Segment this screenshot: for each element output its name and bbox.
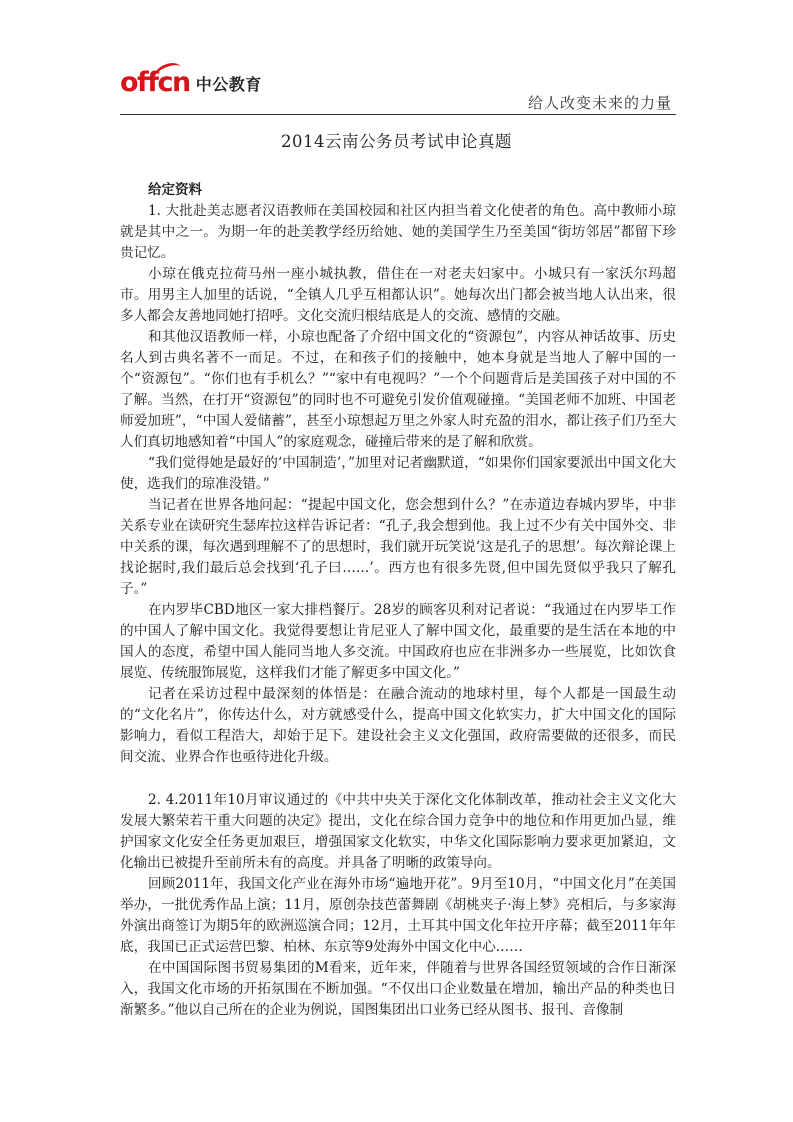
paragraph: 当记者在世界各地问起：“提起中国文化，您会想到什么？”在赤道边春城内罗毕，中非关… (120, 495, 676, 600)
paragraph: 2. 4.2011年10月审议通过的《中共中央关于深化文化体制改革，推动社会主义… (120, 790, 676, 874)
logo-mark: offcn (120, 70, 190, 96)
page-header: offcn 中公教育 给人改变未来的力量 (120, 62, 676, 116)
header-divider (120, 114, 676, 115)
paragraph-gap (120, 768, 676, 790)
slogan: 给人改变未来的力量 (528, 92, 672, 113)
paragraph: 在中国国际图书贸易集团的M看来，近年来，伴随着与世界各国经贸领域的合作日渐深入，… (120, 958, 676, 1021)
offcn-logo: offcn 中公教育 (120, 66, 262, 96)
document-body: 给定资料 1. 大批赴美志愿者汉语教师在美国校园和社区内担当着文化使者的角色。高… (120, 180, 676, 1021)
paragraph: 回顾2011年，我国文化产业在海外市场“遍地开花”。9月至10月，“中国文化月”… (120, 874, 676, 958)
paragraph: 记者在采访过程中最深刻的体悟是：在融合流动的地球村里，每个人都是一国最生动的“文… (120, 684, 676, 768)
paragraph: 在内罗毕CBD地区一家大排档餐厅。28岁的顾客贝利对记者说：“我通过在内罗毕工作… (120, 600, 676, 684)
paragraph: “我们觉得她是最好的‘中国制造’，”加里对记者幽默道，“如果你们国家要派出中国文… (120, 453, 676, 495)
document-title: 2014云南公务员考试申论真题 (0, 128, 793, 152)
logo-chinese-name: 中公教育 (196, 74, 262, 96)
paragraph: 小琼在俄克拉荷马州一座小城执教，借住在一对老夫妇家中。小城只有一家沃尔玛超市。用… (120, 264, 676, 327)
paragraph: 和其他汉语教师一样，小琼也配备了介绍中国文化的“资源包”，内容从神话故事、历史名… (120, 327, 676, 453)
section-heading: 给定资料 (148, 180, 676, 201)
paragraph: 1. 大批赴美志愿者汉语教师在美国校园和社区内担当着文化使者的角色。高中教师小琼… (120, 201, 676, 264)
